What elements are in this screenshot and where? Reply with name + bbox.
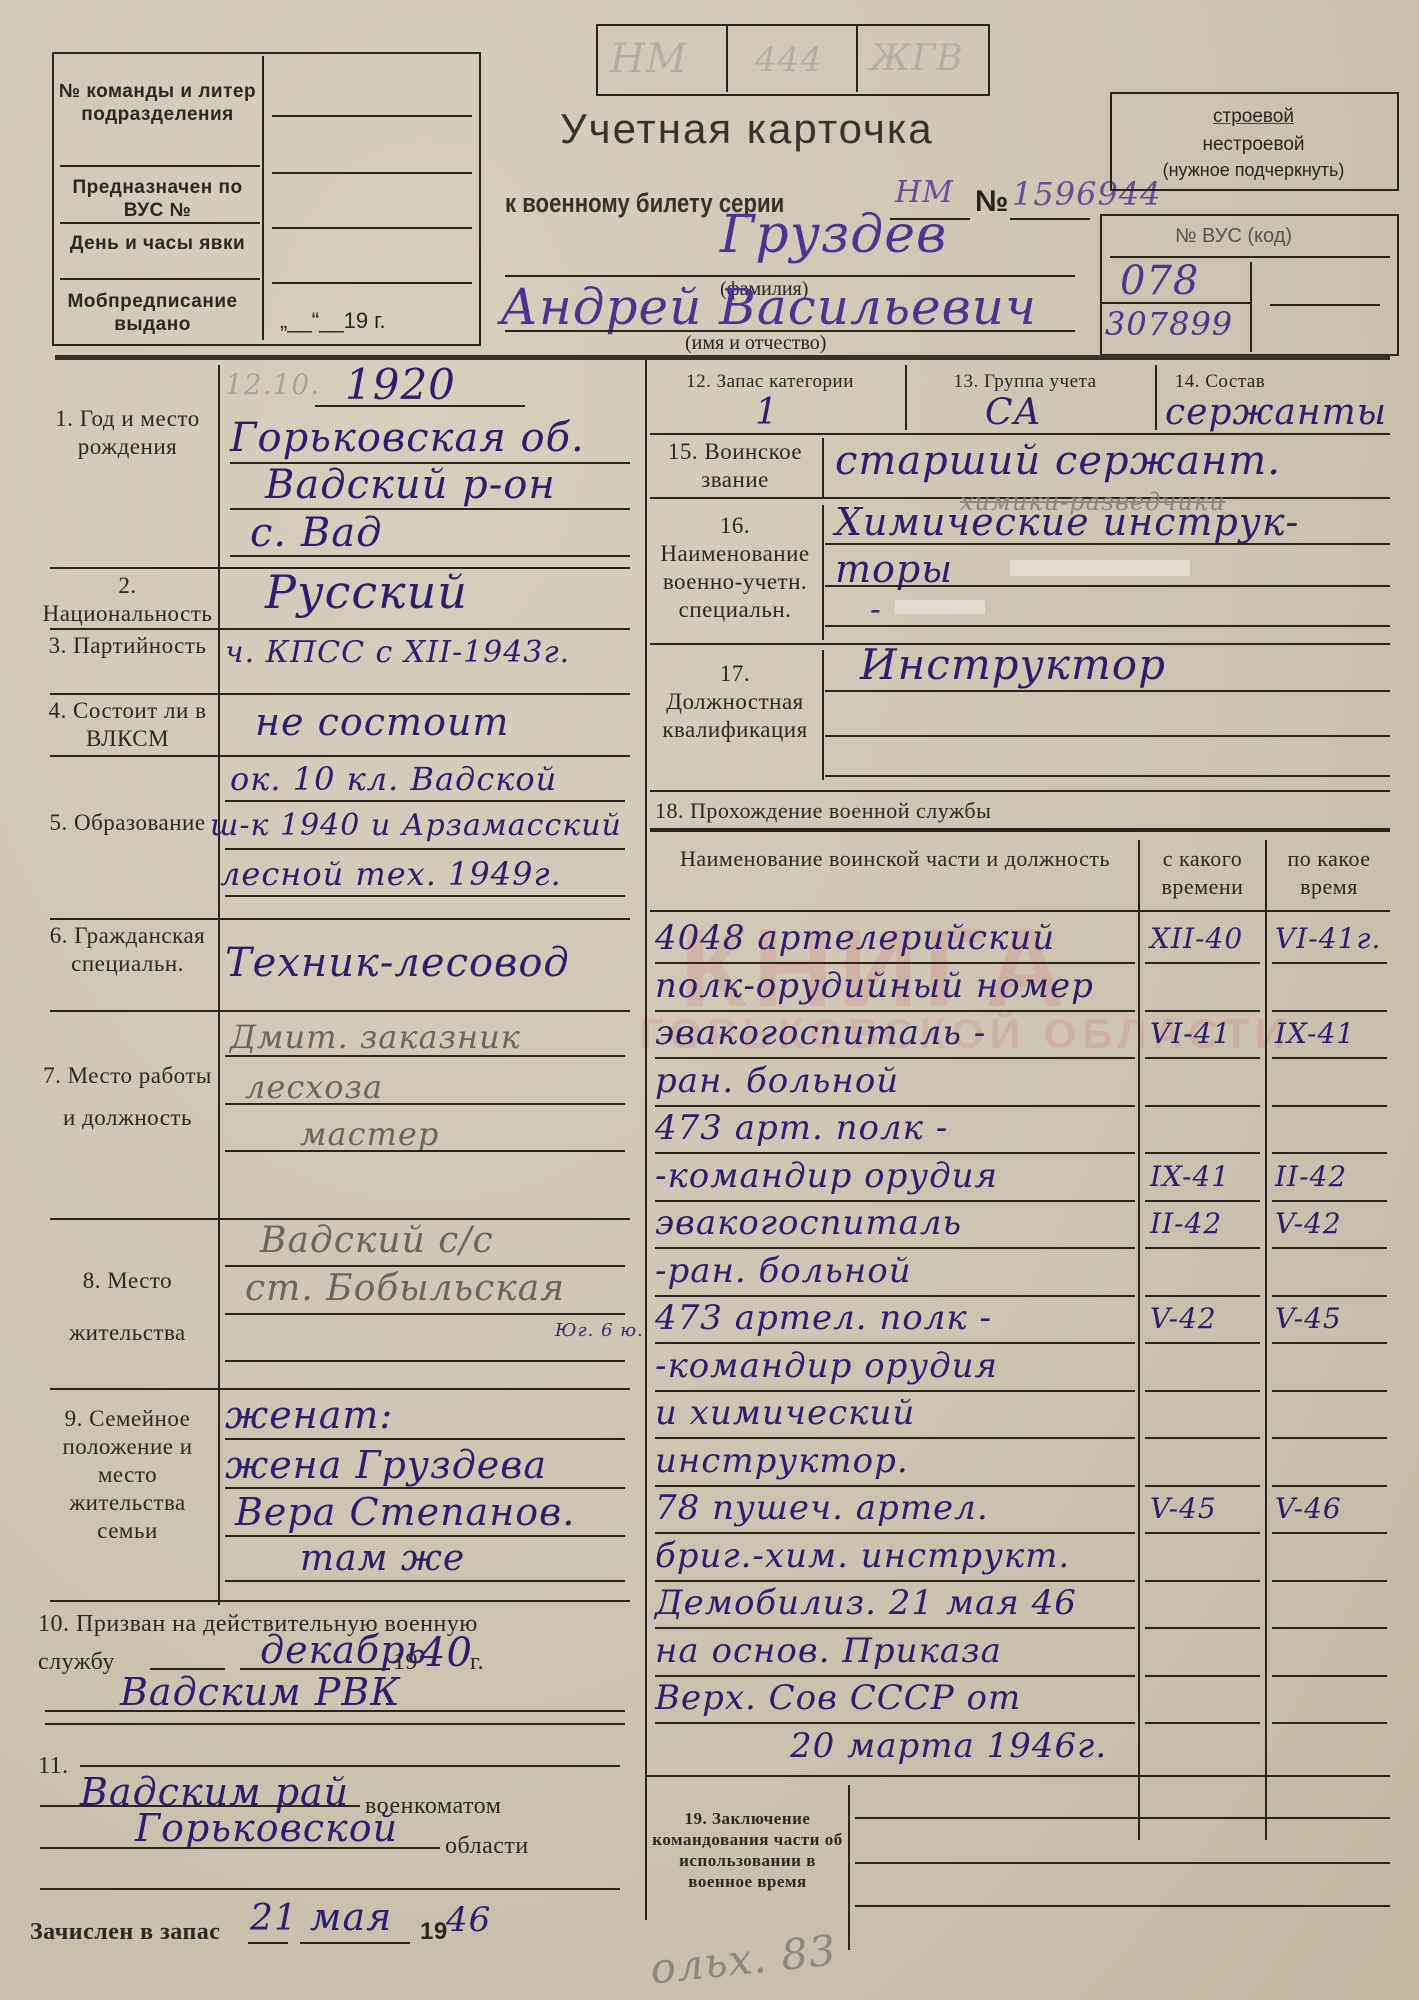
- divider: [825, 585, 1390, 587]
- column-to-header: по какое время: [1268, 845, 1390, 901]
- row-line: [1272, 1580, 1387, 1582]
- divider: [50, 1388, 630, 1390]
- row-line: [1145, 1580, 1260, 1582]
- row-line: [1145, 1010, 1260, 1012]
- row-line: [1145, 1722, 1260, 1724]
- reserve-day: 21: [250, 1898, 298, 1939]
- mob-order-date: „__“__19 г.: [280, 308, 386, 334]
- row-line: [1145, 1152, 1260, 1154]
- row-line: [1272, 1200, 1387, 1202]
- day-underline: [248, 1942, 288, 1944]
- divider: [825, 775, 1390, 777]
- field9-line-1: женат:: [225, 1393, 393, 1437]
- field9-line-2: жена Груздева: [225, 1443, 547, 1487]
- row-line: [655, 1437, 1135, 1439]
- history-unit: -командир орудия: [655, 1346, 998, 1386]
- divider: [230, 555, 630, 557]
- row-line: [655, 1675, 1135, 1677]
- row-line: [655, 1390, 1135, 1392]
- row-line: [1272, 1485, 1387, 1487]
- field11-suffix-2: области: [445, 1832, 529, 1860]
- divider: [272, 227, 472, 229]
- divider: [272, 282, 472, 284]
- history-to: VI-41г.: [1275, 922, 1381, 955]
- row-line: [655, 1722, 1135, 1724]
- history-from: II-42: [1150, 1207, 1222, 1240]
- divider: [225, 1150, 625, 1152]
- history-unit: полк-орудийный номер: [655, 966, 1094, 1006]
- reserve-month: мая: [310, 1895, 392, 1939]
- divider: [726, 26, 728, 92]
- history-unit: -командир орудия: [655, 1156, 998, 1196]
- field4-value: не состоит: [255, 700, 509, 744]
- row-line: [1272, 1057, 1387, 1059]
- history-unit: бриг.-хим. инструкт.: [655, 1536, 1070, 1576]
- field5-line-1: ок. 10 кл. Вадской: [230, 760, 557, 798]
- field3-value: ч. КПСС с XII-1943г.: [225, 635, 570, 670]
- vus-code-bottom: 307899: [1105, 305, 1233, 343]
- name-patronymic: Андрей Васильевич: [500, 278, 1037, 336]
- reserve-year-suffix: 46: [446, 1900, 491, 1940]
- row-line: [655, 1200, 1135, 1202]
- field7-line-1: Дмит. заказник: [230, 1018, 521, 1056]
- field1-birth-date: 12.10.: [225, 368, 320, 401]
- field6-value: Техник-лесовод: [225, 940, 570, 986]
- divider: [822, 505, 824, 640]
- history-to: II-42: [1275, 1160, 1347, 1193]
- divider: [60, 165, 260, 167]
- field8-margin-note: Юг. 6 ю.: [555, 1320, 644, 1341]
- history-from: V-45: [1150, 1492, 1217, 1525]
- history-unit: 20 марта 1946г.: [790, 1726, 1107, 1766]
- divider: [1250, 262, 1252, 352]
- divider: [50, 1600, 630, 1602]
- row-line: [655, 1580, 1135, 1582]
- field8-line-2: ст. Бобыльская: [245, 1268, 565, 1309]
- history-from: XII-40: [1150, 922, 1243, 955]
- divider: [225, 1313, 625, 1315]
- main-separator: [55, 355, 1390, 360]
- divider: [225, 1487, 625, 1489]
- field7-label: 7. Место работы и должность: [40, 1055, 215, 1139]
- row-line: [1272, 1342, 1387, 1344]
- divider: [225, 1360, 625, 1362]
- month-underline: [300, 1942, 410, 1944]
- row-line: [655, 1532, 1135, 1534]
- field14-value: сержанты: [1165, 392, 1387, 433]
- row-line: [1145, 1200, 1260, 1202]
- divider: [50, 755, 630, 757]
- field10-by: Вадским РВК: [120, 1670, 401, 1714]
- divider: [225, 800, 625, 802]
- divider: [825, 690, 1390, 692]
- row-line: [655, 1105, 1135, 1107]
- row-line: [1272, 1437, 1387, 1439]
- divider: [825, 625, 1390, 627]
- field9-line-4: там же: [300, 1538, 465, 1579]
- divider: [225, 1103, 625, 1105]
- mob-order-label: Мобпредписание выдано: [40, 290, 265, 336]
- divider: [50, 628, 630, 630]
- field1-year: 1920: [345, 360, 456, 409]
- row-line: [1145, 1295, 1260, 1297]
- faded-series: НМ: [610, 36, 688, 82]
- row-line: [1145, 1627, 1260, 1629]
- divider: [855, 1905, 1390, 1907]
- row-line: [1272, 1722, 1387, 1724]
- divider: [1265, 840, 1267, 1840]
- row-line: [1272, 1295, 1387, 1297]
- divider: [650, 790, 1390, 792]
- field16-erased-text: [1010, 560, 1190, 576]
- divider: [45, 1723, 625, 1725]
- row-line: [655, 1247, 1135, 1249]
- row-line: [1272, 1532, 1387, 1534]
- field7-line-3: мастер: [300, 1115, 439, 1153]
- surname: Груздев: [720, 205, 947, 265]
- field12-label: 12. Запас категории: [650, 370, 890, 393]
- divider: [225, 1265, 625, 1267]
- divider: [50, 918, 630, 920]
- field9-line-3: Вера Степанов.: [235, 1490, 575, 1534]
- row-line: [655, 1485, 1135, 1487]
- row-line: [655, 1057, 1135, 1059]
- row-line: [1145, 1437, 1260, 1439]
- history-unit: -ран. больной: [655, 1251, 912, 1291]
- divider: [1155, 365, 1157, 430]
- row-line: [1272, 1627, 1387, 1629]
- field5-line-2: ш-к 1940 и Арзамасский: [210, 808, 622, 843]
- row-line: [1145, 1105, 1260, 1107]
- reserve-label: Зачислен в запас: [30, 1918, 220, 1946]
- divider: [650, 828, 1390, 832]
- divider: [225, 1438, 625, 1440]
- row-line: [655, 1627, 1135, 1629]
- row-line: [655, 1152, 1135, 1154]
- history-unit: 4048 артелерийский: [655, 918, 1055, 958]
- row-line: [655, 962, 1135, 964]
- field15-label: 15. Воинское звание: [650, 438, 820, 494]
- divider: [825, 543, 1390, 545]
- field10-year-suffix: 40: [420, 1630, 473, 1676]
- row-line: [1145, 1532, 1260, 1534]
- field7-line-2: лесхоза: [245, 1068, 383, 1106]
- history-unit: ран. больной: [655, 1061, 899, 1101]
- divider: [60, 222, 260, 224]
- history-to: V-46: [1275, 1492, 1342, 1525]
- service-history-title: 18. Прохождение военной службы: [655, 797, 991, 825]
- divider: [225, 848, 625, 850]
- row-line: [1272, 1390, 1387, 1392]
- vus-code-top: 078: [1120, 258, 1199, 304]
- number-sign: №: [975, 185, 1008, 219]
- divider: [272, 172, 472, 174]
- history-unit: на основ. Приказа: [655, 1631, 1002, 1671]
- divider: [45, 1710, 625, 1712]
- service-type-noncombatant: нестроевой: [1110, 134, 1397, 156]
- number-underline: [1010, 218, 1090, 220]
- field16-line-3: -: [870, 590, 882, 628]
- divider: [650, 910, 1390, 912]
- field1-place-3: с. Вад: [250, 510, 382, 556]
- field10-label-2: службу: [38, 1648, 115, 1676]
- column-from-header: с какого времени: [1140, 845, 1265, 901]
- field17-label: 17. Должностная квалификация: [650, 660, 820, 744]
- row-line: [655, 1342, 1135, 1344]
- field5-label: 5. Образование: [40, 795, 215, 851]
- row-line: [1145, 962, 1260, 964]
- field5-line-3: лесной тех. 1949г.: [220, 855, 562, 893]
- history-to: V-45: [1275, 1302, 1342, 1335]
- divider: [60, 278, 260, 280]
- field14-label: 14. Состав: [1160, 370, 1280, 393]
- divider: [855, 1862, 1390, 1864]
- row-line: [1272, 1105, 1387, 1107]
- field6-label: 6. Гражданская специальн.: [40, 922, 215, 978]
- field3-label: 3. Партийность: [40, 632, 215, 660]
- history-to: IX-41: [1275, 1017, 1355, 1050]
- field13-label: 13. Группа учета: [905, 370, 1145, 393]
- divider: [225, 895, 625, 897]
- surname-underline: [505, 275, 1075, 277]
- divider: [50, 1010, 630, 1012]
- command-number-label: № команды и литер подразделения: [55, 80, 260, 126]
- card-title: Учетная карточка: [560, 105, 934, 153]
- faded-number: 444: [755, 40, 823, 80]
- history-unit: 78 пушеч. артел.: [655, 1488, 989, 1528]
- divider: [40, 1888, 620, 1890]
- history-to: V-42: [1275, 1207, 1342, 1240]
- field16-erased-text-2: [895, 600, 985, 614]
- divider: [80, 1765, 620, 1767]
- divider: [825, 735, 1390, 737]
- service-type-combatant: строевой: [1110, 106, 1397, 128]
- divider: [856, 26, 858, 92]
- history-unit: Верх. Сов СССР от: [655, 1678, 1021, 1718]
- row-line: [1272, 1010, 1387, 1012]
- row-line: [1145, 1675, 1260, 1677]
- divider: [848, 1785, 850, 1950]
- reserve-year-prefix: 19: [420, 1918, 448, 1946]
- divider: [40, 1847, 440, 1849]
- divider: [650, 433, 1390, 435]
- divider: [1100, 302, 1250, 304]
- row-line: [1145, 1057, 1260, 1059]
- history-unit: эвакогоспиталь: [655, 1203, 962, 1243]
- field16-label: 16. Наименование военно-учетн. специальн…: [650, 512, 820, 624]
- divider: [855, 1817, 1390, 1819]
- vus-assigned-label: Предназначен по ВУС №: [55, 176, 260, 222]
- field9-label: 9. Семейное положение и место жительства…: [40, 1405, 215, 1545]
- left-label-divider: [218, 365, 220, 1605]
- field17-value: Инструктор: [860, 640, 1166, 689]
- row-line: [655, 1295, 1135, 1297]
- history-unit: эвакогоспиталь -: [655, 1013, 986, 1053]
- field12-value: 1: [755, 392, 779, 433]
- history-from: V-42: [1150, 1302, 1217, 1335]
- field8-label: 8. Место жительства: [40, 1255, 215, 1359]
- service-type-note: (нужное подчеркнуть): [1110, 160, 1397, 181]
- divider: [645, 1775, 1390, 1777]
- history-from: VI-41: [1150, 1017, 1231, 1050]
- field13-value: СА: [985, 392, 1042, 433]
- divider: [225, 1580, 625, 1582]
- center-divider: [645, 360, 647, 1920]
- field16-line-1: Химические инструк-: [835, 500, 1299, 544]
- row-line: [1145, 1342, 1260, 1344]
- divider: [225, 1535, 625, 1537]
- divider: [225, 1055, 625, 1057]
- field2-value: Русский: [265, 565, 468, 619]
- row-line: [1272, 1152, 1387, 1154]
- field10-year-end: г.: [470, 1648, 484, 1676]
- row-line: [1272, 962, 1387, 964]
- field11-num: 11.: [38, 1752, 69, 1780]
- field1-place-2: Вадский р-он: [265, 462, 556, 508]
- field15-value: старший сержант.: [835, 438, 1281, 484]
- field19-label: 19. Заключение командования части об исп…: [650, 1808, 845, 1892]
- row-line: [1272, 1675, 1387, 1677]
- divider: [822, 438, 824, 498]
- divider: [315, 405, 525, 407]
- column-unit-header: Наименование воинской части и должность: [650, 845, 1140, 873]
- row-line: [1272, 1247, 1387, 1249]
- field8-line-1: Вадский с/с: [260, 1220, 494, 1261]
- field4-label: 4. Состоит ли в ВЛКСМ: [40, 697, 215, 753]
- history-unit: и химический: [655, 1393, 915, 1433]
- history-from: IX-41: [1150, 1160, 1230, 1193]
- divider: [50, 693, 630, 695]
- row-line: [1145, 1247, 1260, 1249]
- history-unit: инструктор.: [655, 1441, 909, 1481]
- row-line: [655, 1010, 1135, 1012]
- field2-label: 2. Национальность: [40, 572, 215, 628]
- field1-label: 1. Год и место рождения: [40, 405, 215, 461]
- history-unit: 473 артел. полк -: [655, 1298, 992, 1338]
- history-unit: Демобилиз. 21 мая 46: [655, 1583, 1077, 1623]
- field1-place-1: Горьковская об.: [230, 415, 585, 461]
- row-line: [1145, 1485, 1260, 1487]
- faded-code: ЖГВ: [870, 38, 964, 79]
- name-caption: (имя и отчество): [685, 332, 826, 355]
- history-unit: 473 арт. полк -: [655, 1108, 948, 1148]
- divider: [1138, 840, 1140, 1840]
- row-line: [1145, 1390, 1260, 1392]
- divider: [272, 115, 472, 117]
- arrival-time-label: День и часы явки: [55, 232, 260, 255]
- field11-line-2: Горьковской: [135, 1806, 398, 1850]
- divider: [822, 650, 824, 780]
- divider: [1270, 304, 1380, 306]
- vus-label: № ВУС (код): [1175, 225, 1292, 248]
